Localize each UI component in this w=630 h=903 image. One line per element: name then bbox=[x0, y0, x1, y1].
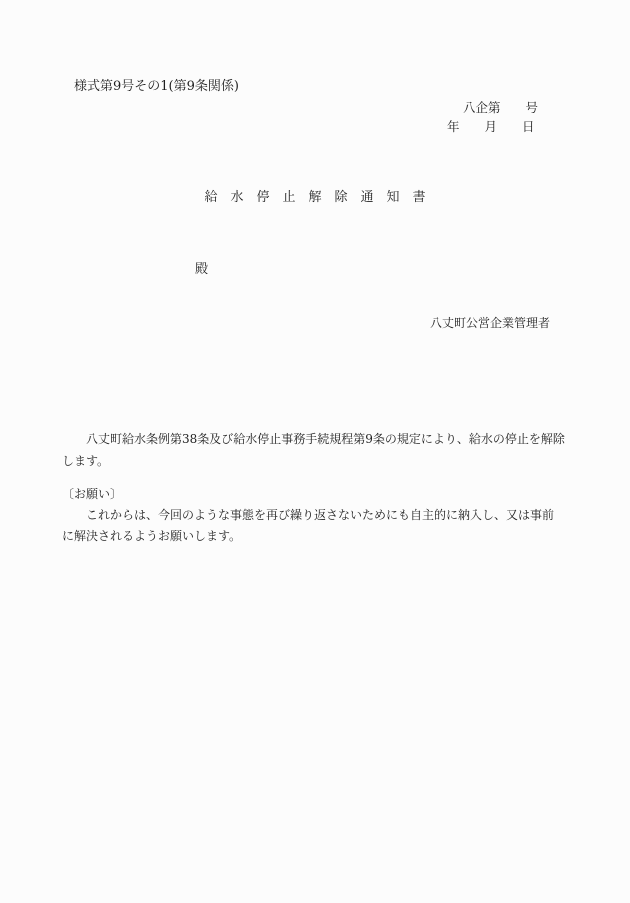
request-heading: 〔お願い〕 bbox=[62, 484, 554, 505]
date-line: 年 月 日 bbox=[447, 119, 535, 135]
body-paragraph: 八丈町給水条例第38条及び給水停止事務手続規程第9条の規定により、給水の停止を解… bbox=[62, 428, 565, 472]
document-title: 給 水 停 止 解 除 通 知 書 bbox=[0, 190, 630, 207]
body-line-2: します。 bbox=[62, 450, 565, 472]
document-page: 様式第9号その1(第9条関係) 八企第 号 年 月 日 給 水 停 止 解 除 … bbox=[0, 0, 630, 903]
body-line-1: 八丈町給水条例第38条及び給水停止事務手続規程第9条の規定により、給水の停止を解… bbox=[62, 428, 565, 450]
request-line-1: これからは、今回のような事態を再び繰り返さないためにも自主的に納入し、又は事前 bbox=[62, 505, 554, 526]
request-line-2: に解決されるようお願いします。 bbox=[62, 526, 554, 547]
addressee-honorific: 殿 bbox=[195, 262, 208, 279]
request-section: 〔お願い〕 これからは、今回のような事態を再び繰り返さないためにも自主的に納入し… bbox=[62, 484, 554, 547]
form-number: 様式第9号その1(第9条関係) bbox=[74, 79, 239, 96]
document-number-line: 八企第 号 bbox=[463, 100, 538, 116]
issuer-name: 八丈町公営企業管理者 bbox=[430, 316, 550, 332]
